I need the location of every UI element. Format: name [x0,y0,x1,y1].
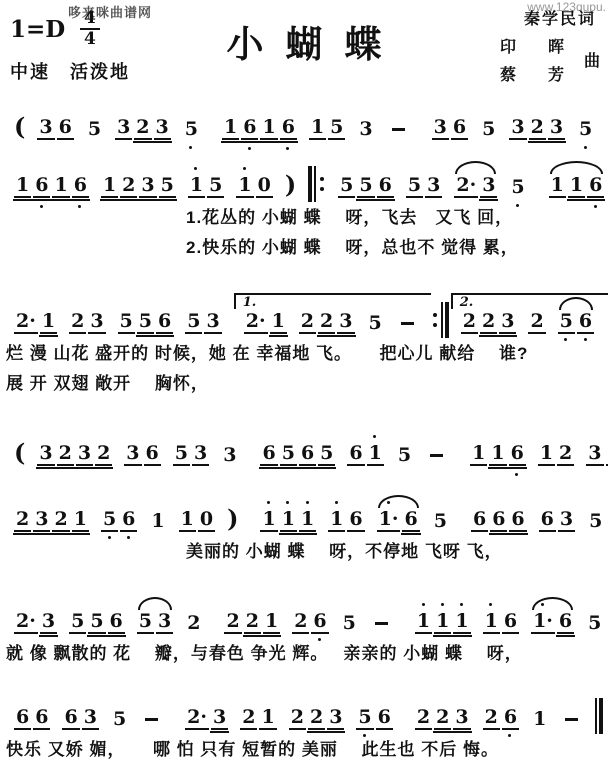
note-digit: 3 [501,310,514,332]
note: 3 [221,444,238,466]
octave-dot-above [335,501,338,504]
note-digit: 1 [262,116,275,138]
note-digit: 6 [453,116,466,138]
music-line: 232156110)111161·65666635 [0,486,608,532]
note-digit: 1 [103,174,116,196]
note-digit: 1 [417,610,430,632]
note: 2 [69,310,86,334]
note-digit: 1· [533,610,553,632]
repeat-dot [320,187,324,191]
beam-group: 15 [308,116,346,140]
intro-paren: ) [285,172,296,198]
beam-group: 5 [586,510,605,532]
measure: 6565615 [252,442,456,466]
octave-dot-below [108,536,111,539]
note: 1 [280,508,297,532]
note-digit: 3 [39,116,52,138]
note: 3 [76,442,93,466]
note-digit: 2 [485,706,498,728]
expression-text: 活泼地 [70,62,130,82]
beam-group: 2·3 [13,610,58,634]
note: 5 [69,610,86,634]
beam-group: 2321 [13,508,90,532]
note: 5 [328,116,345,140]
note: 3 [139,174,156,198]
beam-group: 56 [355,706,393,730]
note-digit: 5 [482,118,495,140]
note: 5 [101,508,118,532]
note-digit: 2 [246,610,259,632]
note-digit: 2 [301,310,314,332]
note: 5 [280,442,297,466]
note-digit: 5 [320,442,333,464]
measure: 556532·35 [330,174,534,198]
note-digit: 6 [504,610,517,632]
note: 1· [531,610,555,634]
beam-group: 556 [68,610,126,634]
note: 6 [509,442,526,466]
note: 3 [558,508,575,532]
beam-group: 35 [585,442,608,466]
note-digit: 1 [181,508,194,530]
note: 2· [454,174,478,198]
measure: 2·3556532 [6,610,210,634]
note-digit: 2 [136,116,149,138]
note-digit: 5 [282,442,295,464]
note-digit: 1· [379,508,399,530]
beam-group: 223 [460,310,518,334]
note: 5 [357,174,374,198]
note: 5 [586,612,603,634]
beam-group: 2·1 [243,310,288,334]
beam-group: 5 [340,612,359,634]
composer-credit-2: 蔡 芳 [500,62,572,85]
note: 6 [299,442,316,466]
note: 2 [299,310,316,334]
note-digit: 1 [151,510,164,532]
note: 1 [538,442,555,466]
note-digit: 1 [272,310,285,332]
beam-group: 323 [508,116,566,140]
note: 5 [558,310,575,334]
beam-group: 63 [61,706,99,730]
note: 1 [531,708,548,730]
repeat-dot [433,313,437,317]
beam-group: 5 [395,444,414,466]
note: 1 [260,116,277,140]
note-digit: 3 [126,442,139,464]
note: 3 [357,118,374,140]
beam-group: 61 [346,442,384,466]
octave-dot-below [594,205,597,208]
repeat-dot [433,323,437,327]
note-digit: 5 [398,444,411,466]
note-digit: 6 [64,706,77,728]
measure: 2·32122356 [177,706,401,730]
note-digit: 1 [540,442,553,464]
note: 3 [204,310,221,334]
note-digit: 6 [313,610,326,632]
note: 6 [241,116,258,140]
lyrics-row: 就 像 飘散的 花 瓣，与春色 争光 辉。 亲亲的 小蝴 蝶 呀， [0,639,608,664]
beam-group: 5 [366,312,385,334]
note-digit: 6 [59,116,72,138]
note: 1 [470,442,487,466]
note: 5 [86,118,103,140]
note: 6 [376,706,393,730]
repeat-dots [320,177,324,191]
note-digit: 5 [90,610,103,632]
note: 2 [240,706,257,730]
note-digit: 3 [329,706,342,728]
note-digit: 5 [369,312,382,334]
note-digit: 6 [511,508,524,530]
note: 3 [327,706,344,730]
note: 2 [415,706,432,730]
note: 2 [57,442,74,466]
note-digit: 3 [156,116,169,138]
end-repeat-barline [430,302,450,338]
duration-dash [401,322,414,325]
beam-group: 5 [431,510,450,532]
beam-group-slur: 56 [557,310,595,334]
note: 3 [124,442,141,466]
beam-group [559,718,584,730]
note: 1 [453,610,470,634]
measure: 11612352 [462,442,608,466]
note: 1 [149,510,166,532]
note: 6 [311,610,328,634]
beam-group: 63 [538,508,576,532]
note-digit: 2 [436,706,449,728]
note-digit: 6 [349,508,362,530]
note-digit: 6 [243,116,256,138]
measure: 2·12355653 [6,310,230,334]
measure: 221265 [216,610,400,634]
octave-dot-above [422,603,425,606]
beam-group: 36 [123,442,161,466]
note-digit: 3 [213,706,226,728]
measure: 3653235 [424,116,603,140]
beam-group [386,128,411,140]
note: 0 [256,174,273,198]
beam-group-slur: 2·3 [453,174,498,198]
note: 6 [577,310,594,334]
note: 3 [425,174,442,198]
octave-dot-above [267,501,270,504]
note: 3 [211,706,228,730]
note-digit: 5 [588,612,601,634]
note: 5 [111,708,128,730]
time-signature: 4 4 [80,10,100,48]
note: 3 [82,706,99,730]
note-digit: 1 [74,508,87,530]
key-signature: 1=D [10,16,65,43]
note-digit: 1 [455,610,468,632]
note: 6 [509,508,526,532]
note-digit: 6 [146,442,159,464]
note: 2 [120,174,137,198]
note-digit: 1 [262,508,275,530]
note-digit: 2 [482,310,495,332]
time-signature-denominator: 4 [80,30,100,48]
beam-group: 221 [223,610,281,634]
measure: 66635 [6,706,171,730]
note-digit: 3 [141,174,154,196]
beam-group: 66 [13,706,51,730]
note: 6 [539,508,556,532]
beam-group: ) [284,172,297,198]
note: 6 [33,706,50,730]
note: 6 [14,706,31,730]
beam-group: 21 [239,706,277,730]
note-digit: 5 [359,174,372,196]
note: 2 [289,706,306,730]
score-body: (365323516161533653235161612351510)55653… [0,94,608,760]
music-line: 2·3556532221265111161·65 [0,588,608,634]
beam-group: 23 [68,310,106,334]
beam-group: 53 [405,174,443,198]
bar-thick [308,166,312,202]
note-digit: 2· [456,174,476,196]
lyrics-row: 烂 漫 山花 盛开的 时候，她 在 幸福地 飞。 把心儿 献给 谁? [0,339,608,364]
note: 5 [183,118,200,140]
music-line: (323236533656561511612352 [0,420,608,466]
repeat-dot [320,177,324,181]
note-digit: 1 [570,174,583,196]
beam-group: 5 [479,118,498,140]
note: 1 [568,174,585,198]
note: 6 [260,442,277,466]
note: 6 [33,174,50,198]
note-digit: 2· [246,310,266,332]
beam-group [424,454,449,466]
octave-dot-above [306,501,309,504]
note: 1 [188,174,205,198]
measure: 161612351510) [6,172,304,198]
note-digit: 3 [117,116,130,138]
octave-dot-below [584,146,587,149]
note-digit: 2 [463,310,476,332]
note: 6 [502,610,519,634]
beam-group: 2 [527,310,546,334]
note: 5 [185,310,202,334]
beam-group-slur: 1·6 [376,508,421,532]
beam-group: 10 [178,508,216,532]
beam-group: 1616 [13,174,90,198]
note: 2 [529,116,546,140]
note-digit: 3 [194,442,207,464]
note: 5 [396,444,413,466]
intro-paren: ) [227,506,238,532]
music-line: 2·123556531.2·122352.2232561 [0,288,608,334]
beam-group: 26 [291,610,329,634]
note: 2 [308,706,325,730]
note: 2 [557,442,574,466]
note-digit: 3 [35,508,48,530]
note-digit: 5 [343,612,356,634]
header: 哆来咪曲谱网 www.123qupu. 1=D 4 4 小蝴蝶 秦学民词 印 晖… [0,0,608,88]
duration-dash [145,718,158,721]
note: 5 [509,176,526,198]
note: 3 [192,442,209,466]
tempo-text: 中速 [10,62,50,82]
beam-group: 3 [220,444,239,466]
lyrics-row: 2.快乐的 小蝴 蝶 呀，总也不 觉得 累， [0,233,608,258]
bar-thin [441,302,443,338]
note: 6 [280,116,297,140]
note: 3 [432,116,449,140]
note: 5 [577,118,594,140]
note: 1 [179,508,196,532]
note: 2 [134,116,151,140]
note: 3 [453,706,470,730]
beam-group-slur: 116 [548,174,606,198]
duration-dash [565,718,578,721]
note: 3 [154,116,171,140]
note: 6 [490,508,507,532]
octave-dot-above [286,501,289,504]
note: 2 [244,610,261,634]
beam-group: 1616 [221,116,298,140]
note: 1 [222,116,239,140]
note-digit: 6 [282,116,295,138]
note-digit: 5 [120,310,133,332]
note-digit: 1 [42,310,55,332]
note-digit: 5 [589,510,602,532]
beam-group: 3 [356,118,375,140]
note: 6 [502,706,519,730]
note: 2· [185,706,209,730]
measure: 111161·65 [407,610,608,634]
beam-group: 116 [469,442,527,466]
beam-group: 2 [184,612,203,634]
note: 1 [259,706,276,730]
beam-group: 223 [288,706,346,730]
volta-label: 1. [243,295,257,310]
beam-group: 2·1 [13,310,58,334]
note-digit: 1 [311,116,324,138]
note-digit: 3 [482,174,495,196]
note: 6 [471,508,488,532]
octave-dot-below [189,146,192,149]
note-digit: 6 [122,508,135,530]
note-digit: 3 [359,118,372,140]
note-digit: 2 [310,706,323,728]
note: 1 [52,174,69,198]
note: 6 [402,508,419,532]
note-digit: 6 [473,508,486,530]
composer-credit-1: 印 晖 [500,34,572,57]
note-digit: 6 [589,174,602,196]
note: 6 [557,610,574,634]
beam-group: 2·3 [184,706,229,730]
note-digit: 3 [78,442,91,464]
note: 5 [137,310,154,334]
octave-dot-above [489,603,492,606]
sheet-music-page: 哆来咪曲谱网 www.123qupu. 1=D 4 4 小蝴蝶 秦学民词 印 晖… [0,0,608,780]
note: 1 [549,174,566,198]
note: 2· [14,610,38,634]
beam-group: 3232 [36,442,113,466]
note-digit: 6 [559,610,572,632]
note-digit: 6 [404,508,417,530]
note-digit: 3 [588,442,601,464]
beam-group: 26 [482,706,520,730]
note: 5 [480,118,497,140]
note-digit: 2 [54,508,67,530]
note: 2 [185,612,202,634]
lyrics-row: 快乐 又娇 媚， 哪 怕 只有 短暂的 美丽 此生也 不后 悔。 [0,735,608,760]
note: 2 [224,610,241,634]
note-digit: 2 [187,612,200,634]
beam-group: 5 [508,176,527,198]
note-digit: 2 [530,310,543,332]
bar-thin [595,698,597,734]
note-digit: 5 [209,174,222,196]
note-digit: 5 [88,118,101,140]
note: 1 [309,116,326,140]
beam-group: 1 [148,510,167,532]
intro-paren: ( [14,440,25,466]
note-digit: 5 [330,116,343,138]
credits: 秦学民词 印 晖 蔡 芳 曲 [482,4,602,88]
note-digit: 2· [16,610,36,632]
note-digit: 5 [139,310,152,332]
beam-group: 223 [298,310,356,334]
note-digit: 3 [339,310,352,332]
note-digit: 2 [531,116,544,138]
note: 3 [37,116,54,140]
note: 2· [244,310,268,334]
music-line: (365323516161533653235 [0,94,608,140]
note-digit: 2 [417,706,430,728]
note: 3 [499,310,516,334]
note: 1 [483,610,500,634]
note: 1· [377,508,401,532]
note-digit: 1 [369,442,382,464]
octave-dot-below [584,338,587,341]
note-digit: 1 [16,174,29,196]
note-digit: 3 [455,706,468,728]
beam-group: 111 [414,610,472,634]
note-digit: 3 [84,706,97,728]
octave-dot-below [515,473,518,476]
note-digit: 2· [16,310,36,332]
note: 5 [341,612,358,634]
octave-dot-above [373,435,376,438]
note-digit: 2· [187,706,207,728]
bar-thick [445,302,449,338]
note: 0 [198,508,215,532]
beam-group: 556 [117,310,175,334]
note-digit: 2 [122,174,135,196]
note: 5 [137,610,154,634]
note-digit: 6 [378,706,391,728]
beam-group: 323 [114,116,172,140]
note-digit: 6 [262,442,275,464]
octave-dot-above [194,167,197,170]
note: 3 [37,442,54,466]
note-digit: 5 [560,310,573,332]
beam-group: 5 [110,708,129,730]
note-digit: 6 [74,174,87,196]
note: 6 [72,174,89,198]
beam-group: 53 [172,442,210,466]
note-digit: 2 [226,610,239,632]
note: 2 [528,310,545,334]
note-digit: 1 [472,442,485,464]
